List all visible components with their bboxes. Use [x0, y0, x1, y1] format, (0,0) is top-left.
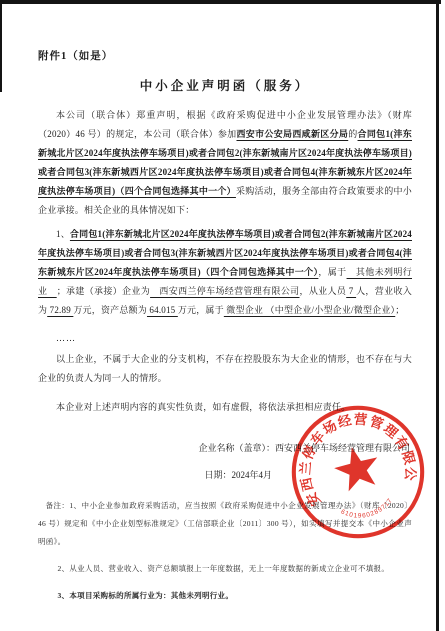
document-page: 附件1（如是） 中小企业声明函（服务） 本公司（联合体）郑重声明，根据《政府采购… [0, 0, 445, 631]
date-line: 日期：2024年4月 [38, 466, 412, 485]
attachment-label: 附件1（如是） [38, 48, 412, 63]
text-run: 万元，属于 [178, 305, 224, 315]
revenue-value: 72.89 [47, 305, 73, 315]
company-name-label: 企业名称（盖章）： [198, 443, 275, 453]
page-title: 中小企业声明函（服务） [38, 76, 412, 94]
document-content: 附件1（如是） 中小企业声明函（服务） 本公司（联合体）郑重声明，根据《政府采购… [38, 48, 412, 605]
text-run: ； [395, 305, 404, 315]
text-run: ；承建（承接）企业为 [57, 286, 150, 296]
purchaser-name: 西安市公安局西咸新区分局 [236, 129, 348, 139]
date-label: 日期： [204, 470, 231, 480]
ellipsis-text: …… [56, 333, 76, 343]
scan-border-right [436, 0, 439, 631]
item-number: 1、 [56, 229, 70, 239]
enterprise-type: 微型企业 （中型企业/小型企业/微型企业） [224, 305, 395, 315]
no-big-enterprise-paragraph: 以上企业，不属于大企业的分支机构，不存在控股股东为大企业的情形，也不存在与大企业… [38, 350, 412, 388]
intro-paragraph: 本公司（联合体）郑重声明，根据《政府采购促进中小企业发展管理办法》（财库（202… [38, 106, 412, 220]
company-name-value: 西安西兰停车场经营管理有限公司 [275, 443, 410, 453]
text-run: ，属于 [318, 267, 346, 277]
employee-count: 7 [346, 286, 356, 296]
assets-value: 64.015 [147, 305, 178, 315]
signature-block: 企业名称（盖章）：西安西兰停车场经营管理有限公司 日期：2024年4月 [38, 439, 412, 485]
ellipsis-line: …… [38, 329, 412, 348]
declaration-body: 本公司（联合体）郑重声明，根据《政府采购促进中小企业发展管理办法》（财库（202… [38, 106, 412, 417]
responsibility-paragraph: 本企业对上述声明内容的真实性负责，如有虚假，将依法承担相应责任。 [38, 398, 412, 417]
item-1-paragraph: 1、合同包1(沣东新城北片区2024年度执法停车场项目)或者合同包2(沣东新城南… [38, 225, 412, 320]
text-run: 以上企业，不属于大企业的分支机构，不存在控股股东为大企业的情形，也不存在与大企业… [38, 354, 412, 383]
text-run: ，从业人员 [300, 286, 347, 296]
date-value: 2024年4月 [231, 470, 272, 480]
note-2: 2、从业人员、营业收入、资产总额填报上一年度数据，无上一年度数据的新成立企业可不… [38, 560, 412, 578]
note-3: 3、本项目采购标的所属行业为：其他未列明行业。 [38, 587, 412, 605]
text-run: 本企业对上述声明内容的真实性负责，如有虚假，将依法承担相应责任。 [56, 402, 350, 412]
company-signature-line: 企业名称（盖章）：西安西兰停车场经营管理有限公司 [38, 439, 412, 458]
scan-border-top [0, 0, 441, 4]
note-1: 备注：1、中小企业参加政府采购活动，应当按照《政府采购促进中小企业发展管理办法》… [38, 497, 412, 551]
notes-section: 备注：1、中小企业参加政府采购活动，应当按照《政府采购促进中小企业发展管理办法》… [38, 497, 412, 605]
text-run: 万元，资产总额为 [73, 305, 147, 315]
contractor-name: 西安西兰停车场经营管理有限公司 [150, 286, 299, 296]
text-run: 的 [348, 129, 357, 139]
scan-border-left [0, 0, 2, 92]
